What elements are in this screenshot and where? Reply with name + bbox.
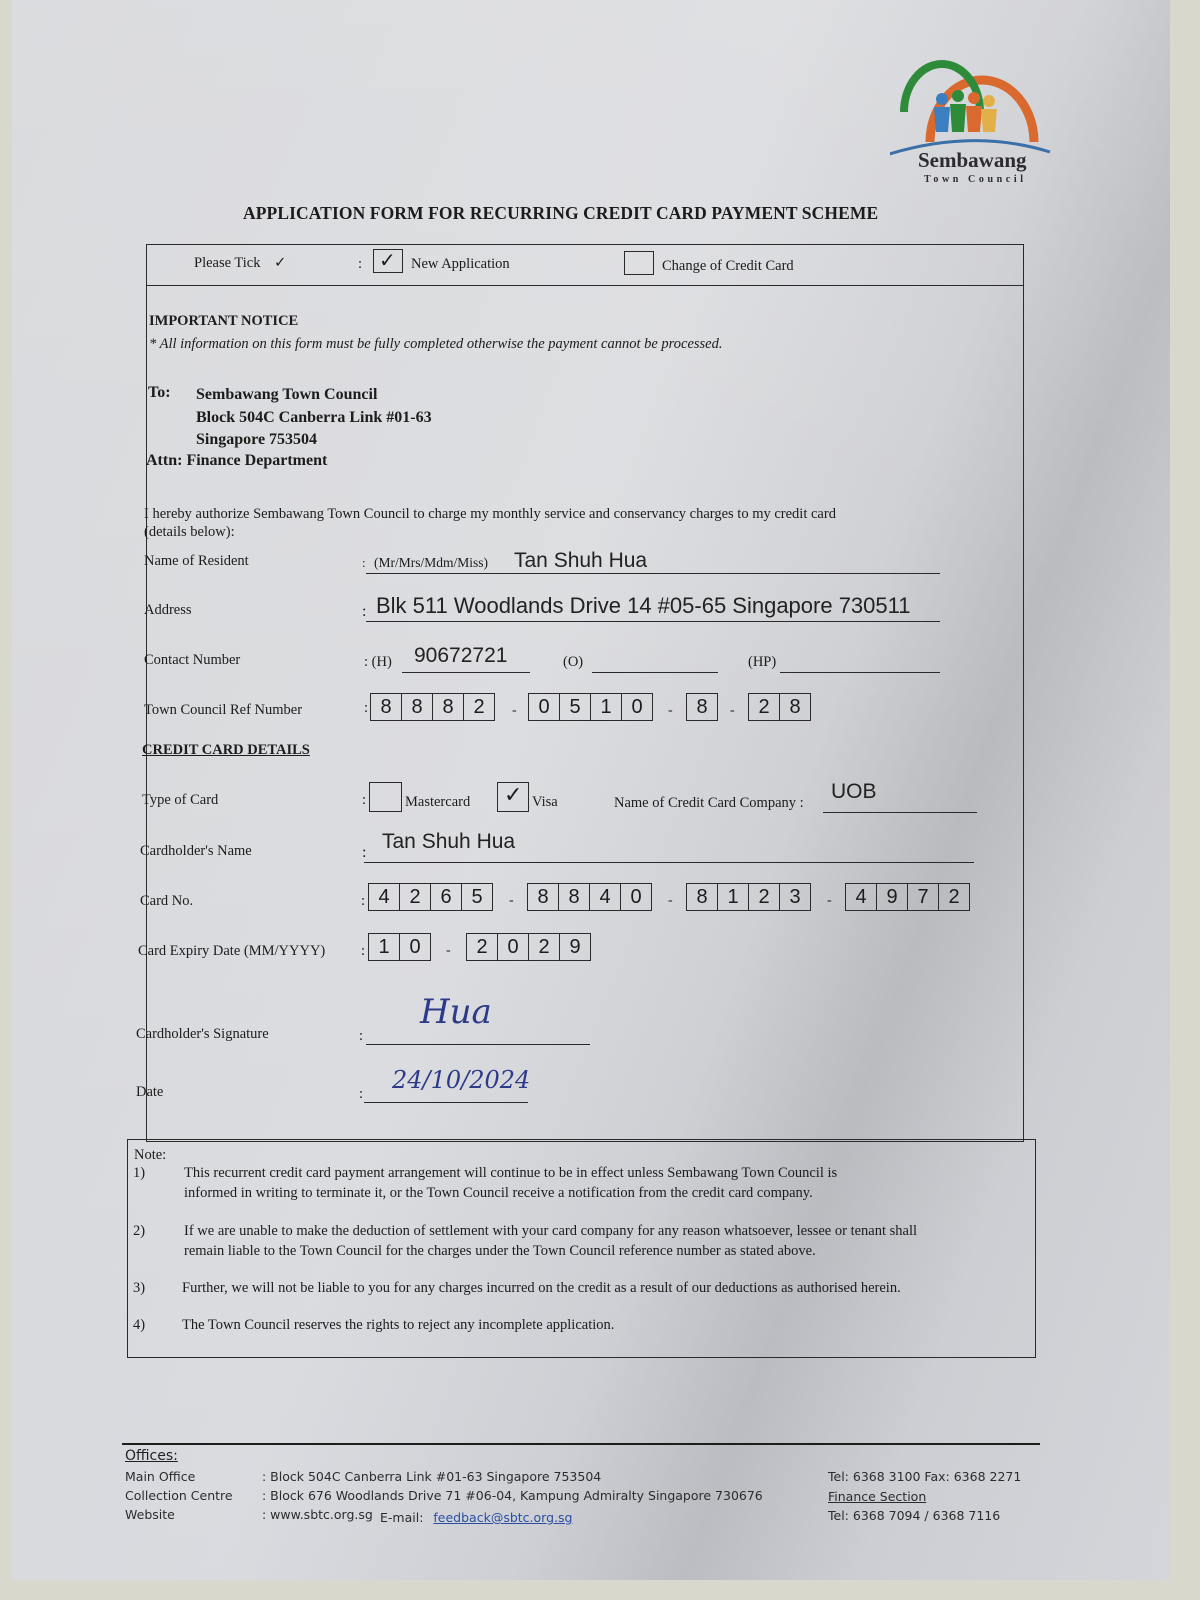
resident-name-field[interactable]: : (Mr/Mrs/Mdm/Miss) Tan Shuh Hua — [366, 549, 940, 574]
note-line: Further, we will not be liable to you fo… — [182, 1278, 901, 1298]
email-line: E-mail: feedback@sbtc.org.sg — [380, 1510, 572, 1525]
name-prefix: (Mr/Mrs/Mdm/Miss) — [374, 555, 488, 571]
digit-cell: 0 — [498, 934, 529, 960]
digit-cell: 1 — [591, 694, 622, 720]
credit-card-heading: CREDIT CARD DETAILS — [142, 742, 310, 759]
office-label: Main Office — [125, 1469, 195, 1484]
digit-cell: 2 — [464, 694, 494, 720]
mastercard-label: Mastercard — [405, 794, 470, 811]
digit-cell: 8 — [559, 884, 590, 910]
note-line: informed in writing to terminate it, or … — [184, 1183, 837, 1203]
new-application-label: New Application — [411, 256, 510, 273]
digit-cell: 2 — [749, 694, 780, 720]
attn-label: Attn: — [146, 452, 182, 469]
digit-cell: 3 — [780, 884, 810, 910]
digit-group[interactable]: 28 — [748, 693, 811, 721]
date-value: 24/10/2024 — [392, 1066, 530, 1094]
email-link[interactable]: feedback@sbtc.org.sg — [433, 1510, 572, 1525]
separator: - — [509, 893, 514, 909]
digit-cell: 4 — [846, 884, 877, 910]
digit-group[interactable]: 8 — [686, 693, 718, 721]
colon: : — [358, 256, 362, 273]
note-line: remain liable to the Town Council for th… — [184, 1241, 917, 1261]
please-tick-label: Please Tick ✓ — [194, 255, 286, 272]
recipient-address: Sembawang Town Council Block 504C Canber… — [196, 384, 432, 452]
visa-label: Visa — [532, 794, 558, 811]
office-label: Collection Centre — [125, 1488, 233, 1503]
digit-group[interactable]: 4265 — [368, 883, 493, 911]
separator: - — [512, 703, 517, 719]
office-value[interactable]: : www.sbtc.org.sg — [262, 1507, 373, 1522]
new-application-checkbox[interactable]: ✓ — [373, 249, 403, 273]
resident-name-label: Name of Resident — [144, 553, 249, 570]
tick-mark-icon: ✓ — [274, 255, 286, 271]
cardholder-name-field[interactable]: : Tan Shuh Hua — [364, 830, 974, 863]
please-tick-text: Please Tick — [194, 255, 260, 271]
important-notice-heading: IMPORTANT NOTICE — [149, 313, 298, 330]
note-text: This recurrent credit card payment arran… — [184, 1163, 837, 1203]
digit-cell: 0 — [400, 934, 430, 960]
office-value: : Block 676 Woodlands Drive 71 #06-04, K… — [262, 1488, 763, 1503]
h-label: (H) — [372, 654, 392, 670]
signature-label: Cardholder's Signature — [136, 1026, 269, 1043]
recipient-line: Sembawang Town Council — [196, 384, 432, 407]
signature-value: Hua — [420, 992, 492, 1032]
card-company-field[interactable]: UOB — [823, 780, 977, 813]
card-company-label: Name of Credit Card Company : — [614, 795, 804, 812]
contact-hp-field[interactable] — [780, 650, 940, 673]
offices-heading: Offices: — [125, 1448, 178, 1464]
mastercard-checkbox[interactable] — [369, 782, 402, 812]
change-card-label: Change of Credit Card — [662, 258, 794, 275]
note-number: 4) — [133, 1315, 145, 1335]
contact-hp-label: (HP) — [748, 654, 776, 671]
digit-cell: 8 — [780, 694, 810, 720]
main-tel-fax: Tel: 6368 3100 Fax: 6368 2271 — [828, 1469, 1021, 1484]
card-type-label: Type of Card — [142, 792, 218, 809]
note-number: 3) — [133, 1278, 145, 1298]
signature-field[interactable]: Hua — [366, 1000, 590, 1045]
note-number: 1) — [133, 1163, 145, 1183]
note-text: The Town Council reserves the rights to … — [182, 1315, 614, 1335]
separator: - — [668, 893, 673, 909]
resident-name-value: Tan Shuh Hua — [514, 549, 647, 573]
digit-group[interactable]: 4972 — [845, 883, 970, 911]
visa-checkbox[interactable]: ✓ — [497, 782, 529, 812]
digit-cell: 9 — [560, 934, 590, 960]
digit-cell: 1 — [718, 884, 749, 910]
note-line: This recurrent credit card payment arran… — [184, 1163, 837, 1183]
digit-cell: 4 — [369, 884, 400, 910]
digit-group[interactable]: 0510 — [528, 693, 653, 721]
notes-heading: Note: — [134, 1145, 166, 1165]
note-line: The Town Council reserves the rights to … — [182, 1315, 614, 1335]
footer-divider — [122, 1443, 1040, 1445]
note-number: 2) — [133, 1221, 145, 1241]
address-label: Address — [144, 602, 192, 619]
digit-cell: 7 — [908, 884, 939, 910]
important-notice-text: * All information on this form must be f… — [149, 336, 722, 353]
digit-cell: 8 — [433, 694, 464, 720]
digit-cell: 2 — [749, 884, 780, 910]
attn-value: Finance Department — [186, 452, 327, 469]
email-label: E-mail: — [380, 1510, 423, 1525]
digit-group[interactable]: 8840 — [527, 883, 652, 911]
card-company-text: Name of Credit Card Company — [614, 795, 796, 811]
digit-cell: 2 — [467, 934, 498, 960]
digit-cell: 0 — [621, 884, 651, 910]
digit-group[interactable]: 10 — [368, 933, 431, 961]
address-value: Blk 511 Woodlands Drive 14 #05-65 Singap… — [376, 593, 910, 619]
digit-cell: 2 — [400, 884, 431, 910]
attn-line: Attn: Finance Department — [146, 452, 327, 470]
recipient-line: Block 504C Canberra Link #01-63 — [196, 407, 432, 430]
authorization-text: I hereby authorize Sembawang Town Counci… — [144, 506, 836, 523]
address-field[interactable]: : Blk 511 Woodlands Drive 14 #05-65 Sing… — [366, 591, 940, 622]
separator: - — [730, 703, 735, 719]
separator: - — [827, 893, 832, 909]
digit-cell: 4 — [590, 884, 621, 910]
contact-home-value: 90672721 — [414, 644, 507, 668]
contact-office-field[interactable] — [592, 650, 718, 673]
finance-tel: Tel: 6368 7094 / 6368 7116 — [828, 1508, 1000, 1523]
digit-cell: 8 — [371, 694, 402, 720]
authorization-text-2: (details below): — [144, 524, 235, 541]
digit-cell: 8 — [687, 884, 718, 910]
note-text: Further, we will not be liable to you fo… — [182, 1278, 901, 1298]
form-title: APPLICATION FORM FOR RECURRING CREDIT CA… — [243, 203, 878, 224]
digit-cell: 5 — [560, 694, 591, 720]
contact-number-label: Contact Number — [144, 652, 240, 669]
digit-cell: 6 — [431, 884, 462, 910]
check-icon: ✓ — [379, 250, 396, 270]
digit-cell: 0 — [529, 694, 560, 720]
logo-subname: Town Council — [924, 174, 1027, 185]
digit-cell: 8 — [528, 884, 559, 910]
digit-cell: 2 — [939, 884, 969, 910]
digit-group[interactable]: 2029 — [466, 933, 591, 961]
note-line: If we are unable to make the deduction o… — [184, 1221, 917, 1241]
check-icon: ✓ — [504, 786, 522, 806]
change-card-checkbox[interactable] — [624, 251, 654, 275]
note-text: If we are unable to make the deduction o… — [184, 1221, 917, 1261]
date-label: Date — [136, 1084, 163, 1101]
date-field[interactable]: 24/10/2024 — [364, 1070, 528, 1103]
digit-cell: 8 — [687, 694, 717, 720]
finance-section-label: Finance Section — [828, 1489, 926, 1504]
separator: - — [668, 703, 673, 719]
office-label: Website — [125, 1507, 175, 1522]
office-value: : Block 504C Canberra Link #01-63 Singap… — [262, 1469, 601, 1484]
digit-cell: 8 — [402, 694, 433, 720]
cardholder-name-value: Tan Shuh Hua — [382, 830, 515, 854]
digit-cell: 5 — [462, 884, 492, 910]
digit-cell: 2 — [529, 934, 560, 960]
digit-group[interactable]: 8123 — [686, 883, 811, 911]
digit-cell: 0 — [622, 694, 652, 720]
digit-group[interactable]: 8882 — [370, 693, 495, 721]
contact-office-label: (O) — [563, 654, 583, 671]
separator: - — [446, 943, 451, 959]
logo-name: Sembawang — [918, 148, 1027, 173]
contact-home-field[interactable]: 90672721 — [402, 642, 530, 673]
recipient-line: Singapore 753504 — [196, 429, 432, 452]
expiry-date-label: Card Expiry Date (MM/YYYY) — [138, 943, 325, 960]
digit-cell: 1 — [369, 934, 400, 960]
contact-h-label: : (H) — [364, 654, 392, 671]
to-label: To: — [148, 384, 171, 402]
digit-cell: 9 — [877, 884, 908, 910]
card-number-label: Card No. — [140, 893, 193, 910]
card-company-value: UOB — [831, 780, 877, 804]
cardholder-name-label: Cardholder's Name — [140, 843, 252, 860]
ref-number-label: Town Council Ref Number — [144, 702, 302, 719]
